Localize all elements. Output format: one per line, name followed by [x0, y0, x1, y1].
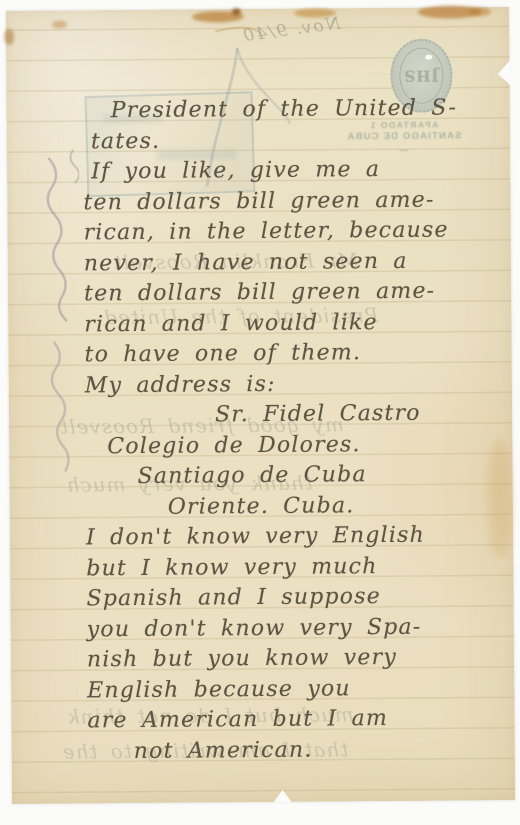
letter-line: English because you	[87, 673, 507, 707]
letter-address-line: Santiago de Cuba	[85, 459, 505, 493]
letter-line: President of the United S-	[83, 93, 503, 127]
letter-line: If you like, give me a	[83, 154, 503, 188]
letter-line: not American.	[88, 734, 508, 768]
paper-speck	[425, 55, 432, 60]
letter-line: rican, in the letter, because	[84, 215, 504, 249]
letter-address-line: Sr. Fidel Castro	[85, 398, 505, 432]
ink-spot	[232, 8, 241, 15]
margin-annotations	[9, 140, 82, 501]
letter-line: are American but I am	[87, 703, 507, 737]
photo-background: JHS APARTADO 1 SANTIAGO DE CUBA — Nov. 9…	[0, 0, 520, 825]
corner-foxing	[4, 29, 14, 45]
jhs-monogram: JHS	[404, 67, 439, 85]
letter-line: tates.	[83, 124, 503, 158]
letter-body: President of the United S- tates. If you…	[83, 93, 508, 767]
letter-line: Spanish and I suppose	[86, 581, 506, 615]
letter-paper: JHS APARTADO 1 SANTIAGO DE CUBA — Nov. 9…	[6, 7, 515, 804]
letter-line: nish but you know very	[87, 642, 507, 676]
letter-line: rican and I would like	[84, 307, 504, 341]
letter-line: My address is:	[85, 368, 505, 402]
letter-line: I don't know very English	[86, 520, 506, 554]
letter-line: never, I have not seen a	[84, 246, 504, 280]
letter-line: but I know very much	[86, 551, 506, 585]
letter-line: to have one of them.	[84, 337, 504, 371]
letter-address-line: Colegio de Dolores.	[85, 429, 505, 463]
letter-line: ten dollars bill green ame-	[83, 185, 503, 219]
letter-line: ten dollars bill green ame-	[84, 276, 504, 310]
letter-line: you don't know very Spa-	[87, 612, 507, 646]
letter-address-line: Oriente. Cuba.	[86, 490, 506, 524]
